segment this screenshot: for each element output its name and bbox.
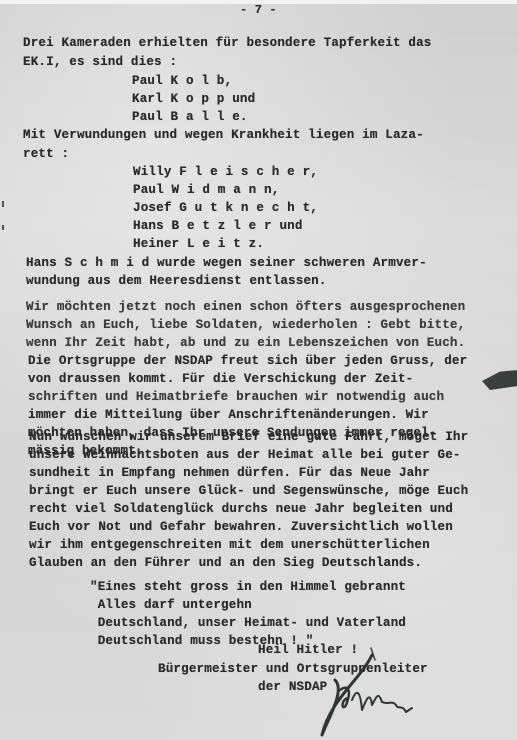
left-edge-mark [2,225,4,230]
document-page: - 7 - Drei Kameraden erhielten für beson… [0,0,517,740]
signature-icon [0,0,517,740]
left-edge-mark [2,201,4,207]
